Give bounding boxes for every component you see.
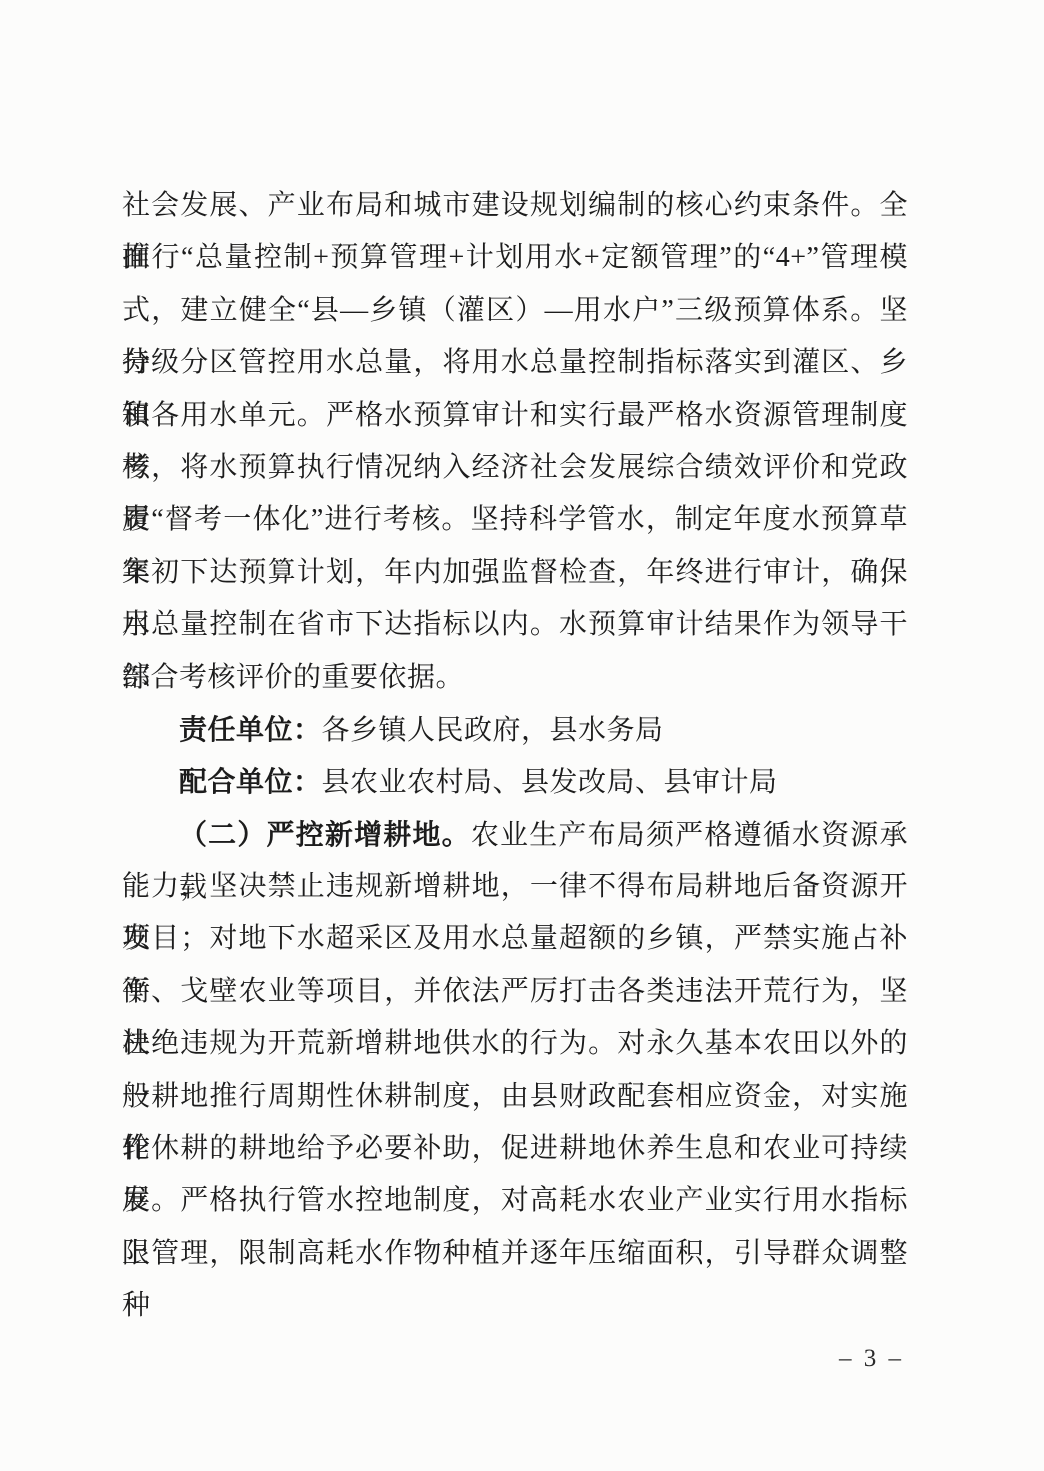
section-2-heading: （二）严控新增耕地。 bbox=[179, 819, 471, 850]
document-page: 社会发展、产业布局和城市建设规划编制的核心约束条件。全面 推行“总量控制+预算管… bbox=[0, 0, 1044, 1471]
responsible-unit-label: 责任单位： bbox=[179, 714, 322, 745]
body-line: 衡、戈壁农业等项目，并依法严厉打击各类违法开荒行为，坚决 bbox=[122, 966, 908, 1018]
body-line: 展。严格执行管水控地制度，对高耗水农业产业实行用水指标上 bbox=[122, 1175, 908, 1227]
body-line: 项目；对地下水超采区及用水总量超额的乡镇，严禁实施占补平 bbox=[122, 913, 908, 965]
body-line: 作休耕的耕地给予必要补助，促进耕地休养生息和农业可持续发 bbox=[122, 1123, 908, 1175]
body-line: 责“督考一体化”进行考核。坚持科学管水，制定年度水预算草案， bbox=[122, 494, 908, 546]
body-line: 综合考核评价的重要依据。 bbox=[122, 652, 908, 704]
body-line: 核，将水预算执行情况纳入经济社会发展综合绩效评价和党政履 bbox=[122, 442, 908, 494]
body-line: 式，建立健全“县—乡镇（灌区）—用水户”三级预算体系。坚持 bbox=[122, 285, 908, 337]
body-line: 分级分区管控用水总量，将用水总量控制指标落实到灌区、乡镇 bbox=[122, 337, 908, 389]
cooperating-unit-line: 配合单位：县农业农村局、县发改局、县审计局 bbox=[122, 756, 908, 808]
section-2-first-line: （二）严控新增耕地。农业生产布局须严格遵循水资源承载 bbox=[122, 809, 908, 861]
body-line: 杜绝违规为开荒新增耕地供水的行为。对永久基本农田以外的一 bbox=[122, 1018, 908, 1070]
body-line: 年初下达预算计划，年内加强监督检查，年终进行审计，确保用 bbox=[122, 547, 908, 599]
body-line: 水总量控制在省市下达指标以内。水预算审计结果作为领导干部 bbox=[122, 599, 908, 651]
cooperating-unit-value: 县农业农村局、县发改局、县审计局 bbox=[322, 767, 778, 798]
document-body: 社会发展、产业布局和城市建设规划编制的核心约束条件。全面 推行“总量控制+预算管… bbox=[122, 180, 908, 1280]
body-line: 限管理，限制高耗水作物种植并逐年压缩面积，引导群众调整种 bbox=[122, 1228, 908, 1280]
responsible-unit-value: 各乡镇人民政府，县水务局 bbox=[322, 715, 664, 746]
responsible-unit-line: 责任单位：各乡镇人民政府，县水务局 bbox=[122, 704, 908, 756]
body-line: 和各用水单元。严格水预算审计和实行最严格水资源管理制度考 bbox=[122, 390, 908, 442]
body-line: 能力，坚决禁止违规新增耕地，一律不得布局耕地后备资源开发 bbox=[122, 861, 908, 913]
body-line: 般耕地推行周期性休耕制度，由县财政配套相应资金，对实施轮 bbox=[122, 1071, 908, 1123]
body-line: 社会发展、产业布局和城市建设规划编制的核心约束条件。全面 bbox=[122, 180, 908, 232]
body-line: 推行“总量控制+预算管理+计划用水+定额管理”的“4+”管理模 bbox=[122, 232, 908, 284]
cooperating-unit-label: 配合单位： bbox=[179, 766, 322, 797]
page-number: – 3 – bbox=[839, 1345, 904, 1373]
